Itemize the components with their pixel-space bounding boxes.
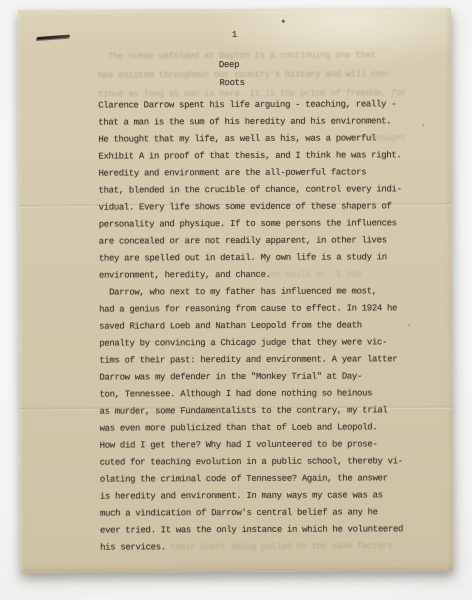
ghost-bleedthrough-line: The scene unfolded at Dayton is a contin…: [108, 50, 376, 61]
typed-line: personality and physique. If to some per…: [99, 217, 419, 235]
typed-line: cuted for teaching evolution in a public…: [100, 455, 420, 473]
typed-line: ever tried. It was the only instance in …: [100, 523, 420, 541]
typed-line: much a vindication of Darrow's central b…: [100, 506, 420, 524]
typed-line: that, blended in the crucible of chance,…: [99, 183, 419, 201]
typed-line: tims of their past: heredity and environ…: [99, 353, 419, 371]
ghost-bleedthrough-line: their chart being pulled by the same fac…: [170, 541, 397, 552]
typed-body-text: Clarence Darrow spent his life arguing -…: [98, 98, 420, 558]
typed-line: had a genius for reasoning from cause to…: [99, 302, 419, 320]
chapter-title-line1: Deep: [219, 60, 239, 70]
typed-line: olating the criminal code of Tennessee? …: [100, 472, 420, 490]
typed-line: as murder, some Fundamentalists to the c…: [100, 404, 420, 422]
typed-line: are concealed or are not readily apparen…: [99, 234, 419, 252]
typed-line: Clarence Darrow spent his life arguing -…: [98, 98, 418, 116]
ghost-bleedthrough-fragment: as he would go. I had: [255, 269, 361, 279]
typed-line: is heredity and environment. In many way…: [100, 489, 420, 507]
typed-line: Exhibit A in proof of that thesis, and I…: [98, 149, 418, 167]
manuscript-page: 1 The scene unfolded at Dayton is a cont…: [18, 8, 453, 573]
typed-line: that a man is the sum of his heredity an…: [98, 115, 418, 133]
typed-line: they are spelled out in detail. My own l…: [99, 251, 419, 269]
ink-speck: [282, 20, 285, 23]
typed-line: was even more publicized than that of Lo…: [100, 421, 420, 439]
paper-speck: [422, 124, 424, 126]
typed-line: Darrow was my defender in the "Monkey Tr…: [99, 370, 419, 388]
typed-line: vidual. Every life shows some evidence o…: [99, 200, 419, 218]
pen-mark: [37, 35, 70, 40]
typed-line: Darrow, who next to my father has influe…: [99, 285, 419, 303]
typed-line: saved Richard Loeb and Nathan Leopold fr…: [99, 319, 419, 337]
ghost-bleedthrough-fragment: thought: [370, 133, 405, 143]
typed-line: penalty by convincing a Chicago judge th…: [99, 336, 419, 354]
typed-line: Heredity and environment are the all-pow…: [98, 166, 418, 184]
page-number: 1: [232, 30, 237, 40]
typed-line: How did I get there? Why had I volunteer…: [100, 438, 420, 456]
chapter-title-line2: Roots: [219, 78, 244, 88]
typed-line: ton, Tennessee. Although I had done noth…: [99, 387, 419, 405]
